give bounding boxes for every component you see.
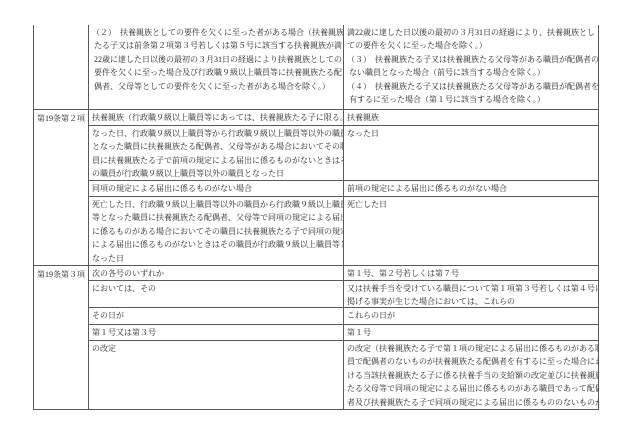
table-subrow: （２） 扶養親族としての要件を欠くに至った者がある場合（扶養親族 たる子又は前条… (89, 25, 598, 109)
article-label-cell: 第19条第３項 (34, 266, 89, 409)
right-provision-text: なった日 (344, 126, 598, 180)
amendment-comparison-table: （２） 扶養親族としての要件を欠くに至った者がある場合（扶養親族 たる子又は前条… (33, 25, 599, 410)
text-columns: 扶養親族（行政職９級以上職員等にあっては、扶養親族たる子に限る。） 扶養親族 な… (89, 110, 598, 265)
right-provision-text: これらの日が (344, 308, 598, 324)
right-provision-text: 前項の規定による届出に係るものがない場合 (344, 181, 598, 196)
table-subrow: 扶養親族（行政職９級以上職員等にあっては、扶養親族たる子に限る。） 扶養親族 (89, 110, 598, 126)
left-provision-text: 次の各号のいずれか (89, 266, 344, 280)
table-row: （２） 扶養親族としての要件を欠くに至った者がある場合（扶養親族 たる子又は前条… (34, 25, 598, 110)
left-provision-text: の改定 (89, 341, 344, 409)
left-provision-text: （２） 扶養親族としての要件を欠くに至った者がある場合（扶養親族 たる子又は前条… (89, 25, 344, 109)
table-subrow: 第１号又は第３号 第１号 (89, 325, 598, 341)
left-provision-text: なった日、行政職９級以上職員等から行政職９級以上職員等以外の職員 となった職員に… (89, 126, 344, 180)
table-row: 第19条第２項 扶養親族（行政職９級以上職員等にあっては、扶養親族たる子に限る。… (34, 110, 598, 266)
right-provision-text: 扶養親族 (344, 110, 598, 125)
right-provision-text: 第１号、第２号若しくは第７号 (344, 266, 598, 280)
left-provision-text: においては、その (89, 281, 344, 307)
table-subrow: 次の各号のいずれか 第１号、第２号若しくは第７号 (89, 266, 598, 281)
table-subrow: 死亡した日、行政職９級以上職員等以外の職員から行政職９級以上職員 等となった職員… (89, 197, 598, 265)
right-provision-text: 又は扶養手当を受けている職員について第１項第３号若しくは第４号に 掲げる事実が生… (344, 281, 598, 307)
table-row: 第19条第３項 次の各号のいずれか 第１号、第２号若しくは第７号 においては、そ… (34, 266, 598, 410)
left-provision-text: 扶養親族（行政職９級以上職員等にあっては、扶養親族たる子に限る。） (89, 110, 344, 125)
right-provision-text: 死亡した日 (344, 197, 598, 265)
text-columns: 次の各号のいずれか 第１号、第２号若しくは第７号 においては、その 又は扶養手当… (89, 266, 598, 409)
right-provision-text: の改定（扶養親族たる子で第１項の規定による届出に係るものがある職 員で配偶者のな… (344, 341, 598, 409)
table-subrow: の改定 の改定（扶養親族たる子で第１項の規定による届出に係るものがある職 員で配… (89, 341, 598, 409)
article-label-cell (34, 25, 89, 109)
left-provision-text: 死亡した日、行政職９級以上職員等以外の職員から行政職９級以上職員 等となった職員… (89, 197, 344, 265)
document-page: （２） 扶養親族としての要件を欠くに至った者がある場合（扶養親族 たる子又は前条… (0, 0, 630, 439)
left-provision-text: その日が (89, 308, 344, 324)
table-subrow: なった日、行政職９級以上職員等から行政職９級以上職員等以外の職員 となった職員に… (89, 126, 598, 181)
left-provision-text: 第１号又は第３号 (89, 325, 344, 340)
right-provision-text: 満22歳に達した日以後の最初の３月31日の経過により、扶養親族とし ての要件を欠… (344, 25, 598, 109)
table-subrow: においては、その 又は扶養手当を受けている職員について第１項第３号若しくは第４号… (89, 281, 598, 308)
table-subrow: 同項の規定による届出に係るものがない場合 前項の規定による届出に係るものがない場… (89, 181, 598, 197)
right-provision-text: 第１号 (344, 325, 598, 340)
table-subrow: その日が これらの日が (89, 308, 598, 325)
left-provision-text: 同項の規定による届出に係るものがない場合 (89, 181, 344, 196)
text-columns: （２） 扶養親族としての要件を欠くに至った者がある場合（扶養親族 たる子又は前条… (89, 25, 598, 109)
article-label-cell: 第19条第２項 (34, 110, 89, 265)
